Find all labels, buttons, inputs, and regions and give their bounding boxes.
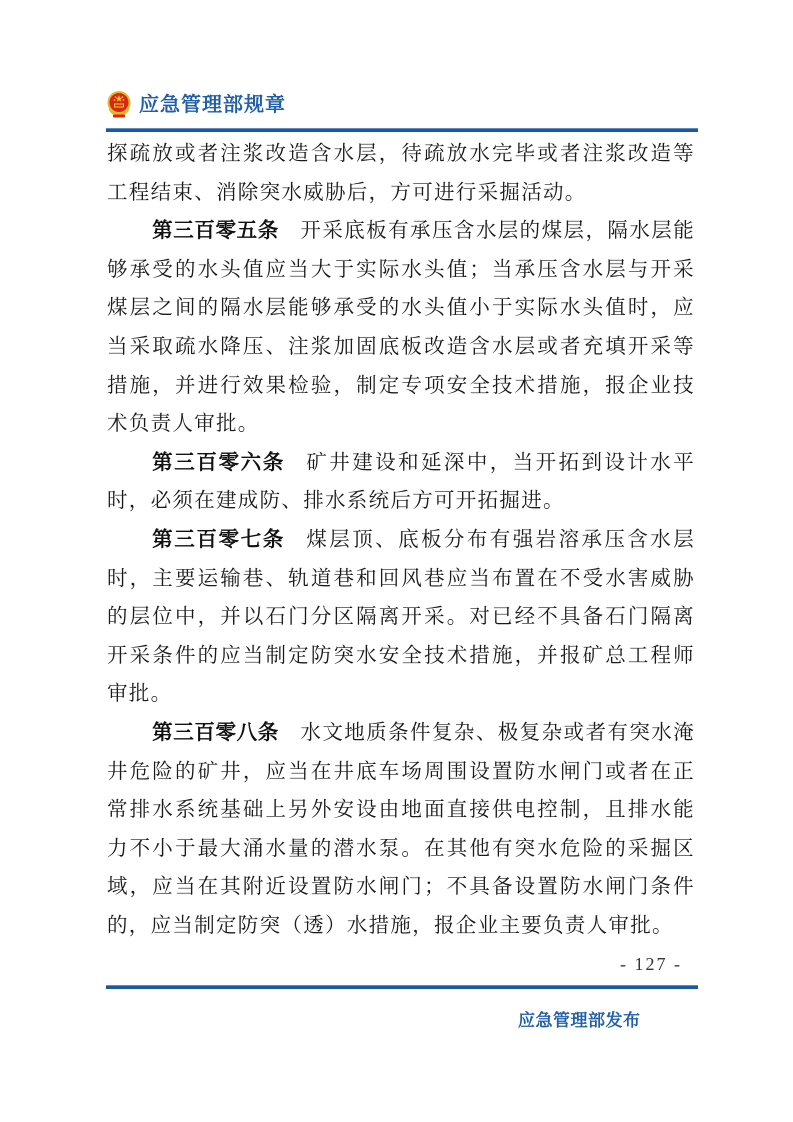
article-title: 第三百零八条 (152, 720, 279, 744)
article-title: 第三百零七条 (152, 527, 285, 551)
article-text: 水文地质条件复杂、极复杂或者有突水淹井危险的矿井，应当在井底车场周围设置防水闸门… (107, 720, 695, 937)
document-body: 探疏放或者注浆改造含水层，待疏放水完毕或者注浆改造等工程结束、消除突水威胁后，方… (107, 134, 695, 944)
article-text: 开采底板有承压含水层的煤层，隔水层能够承受的水头值应当大于实际水头值；当承压含水… (107, 218, 695, 435)
article-306: 第三百零六条矿井建设和延深中，当开拓到设计水平时，必须在建成防、排水系统后方可开… (107, 443, 695, 520)
page-number: - 127 - (620, 954, 682, 975)
footer-divider (106, 985, 698, 989)
article-title: 第三百零六条 (152, 450, 285, 474)
page-header: 应急管理部规章 (106, 88, 286, 120)
article-text: 煤层顶、底板分布有强岩溶承压含水层时，主要运输巷、轨道巷和回风巷应当布置在不受水… (107, 527, 695, 705)
header-title: 应急管理部规章 (139, 90, 286, 118)
article-307: 第三百零七条煤层顶、底板分布有强岩溶承压含水层时，主要运输巷、轨道巷和回风巷应当… (107, 520, 695, 713)
article-305: 第三百零五条开采底板有承压含水层的煤层，隔水层能够承受的水头值应当大于实际水头值… (107, 211, 695, 443)
footer-publisher: 应急管理部发布 (518, 1006, 641, 1031)
header-divider (106, 128, 698, 132)
continuation-paragraph: 探疏放或者注浆改造含水层，待疏放水完毕或者注浆改造等工程结束、消除突水威胁后，方… (107, 134, 695, 211)
national-emblem-icon (106, 91, 132, 118)
article-308: 第三百零八条水文地质条件复杂、极复杂或者有突水淹井危险的矿井，应当在井底车场周围… (107, 713, 695, 945)
article-title: 第三百零五条 (152, 218, 279, 242)
